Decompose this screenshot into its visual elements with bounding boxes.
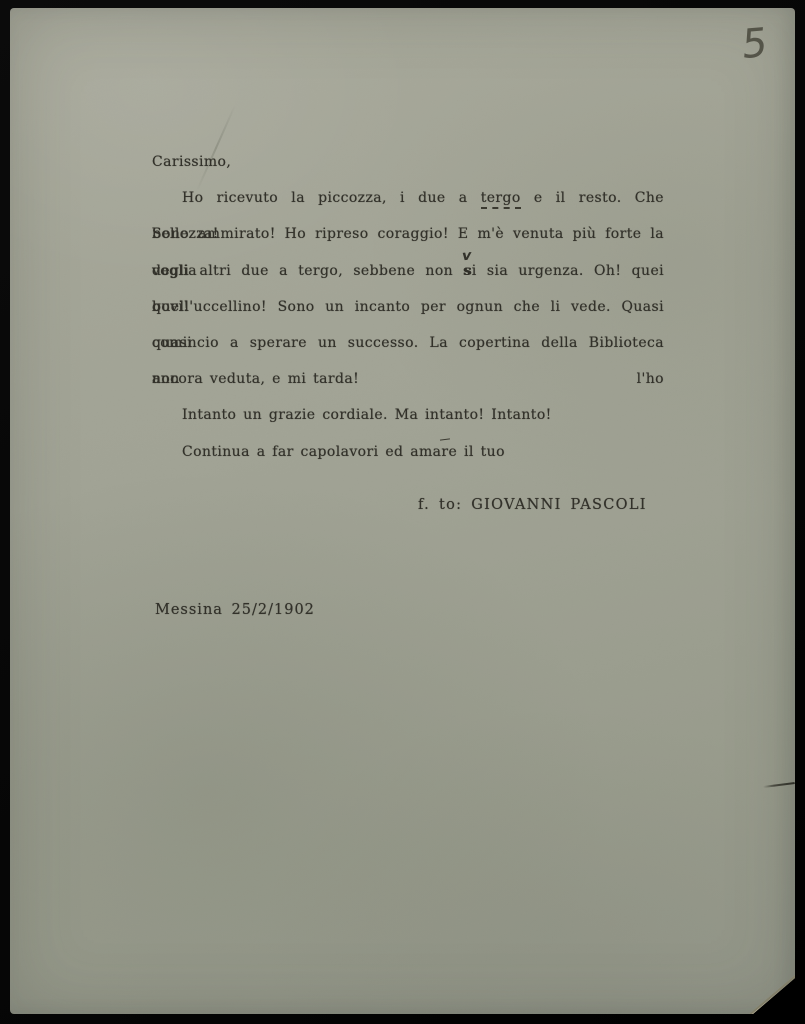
letter-segment-overtype: s [463, 263, 471, 279]
letter-line: Intanto un grazie cordiale. Ma intanto! … [152, 397, 664, 433]
letter-page: 5 Carissimo, Ho ricevuto la piccozza, i … [10, 8, 795, 1014]
letter-segment: Ho ricevuto la piccozza, i due a [182, 190, 481, 206]
letter-segment: degli altri due a tergo, sebbene non [152, 263, 463, 279]
letter-text-block: Carissimo, Ho ricevuto la piccozza, i du… [152, 144, 664, 470]
edge-tear-mark [763, 782, 795, 788]
letter-segment: ancora veduta, e mi tarda! [152, 371, 359, 387]
letter-line: Continua a far capolavori ed amare il tu… [152, 434, 664, 470]
letter-body: Ho ricevuto la piccozza, i due a tergo e… [152, 180, 664, 470]
letter-segment-dashed-underline: tergo [481, 190, 521, 209]
letter-segment: Intanto un grazie cordiale. Ma intanto! … [182, 407, 552, 423]
letter-line: comincio a sperare un successo. La coper… [152, 325, 664, 361]
letter-line: Sono ammirato! Ho ripreso coraggio! E m'… [152, 216, 664, 252]
letter-segment: Continua a far capolavori ed ama [182, 444, 441, 460]
letter-line: Ho ricevuto la piccozza, i due a tergo e… [152, 180, 664, 216]
dateline: Messina 25/2/1902 [155, 600, 315, 620]
letter-line: degli altri due a tergo, sebbene non si … [152, 253, 664, 289]
letter-segment-overstrike: r [441, 434, 448, 470]
handwritten-page-number: 5 [740, 19, 769, 70]
letter-line: quell'uccellino! Sono un incanto per ogn… [152, 289, 664, 325]
salutation: Carissimo, [152, 144, 664, 180]
signature: f. to: GIOVANNI PASCOLI [418, 495, 647, 515]
letter-segment: e il tuo [448, 444, 504, 460]
